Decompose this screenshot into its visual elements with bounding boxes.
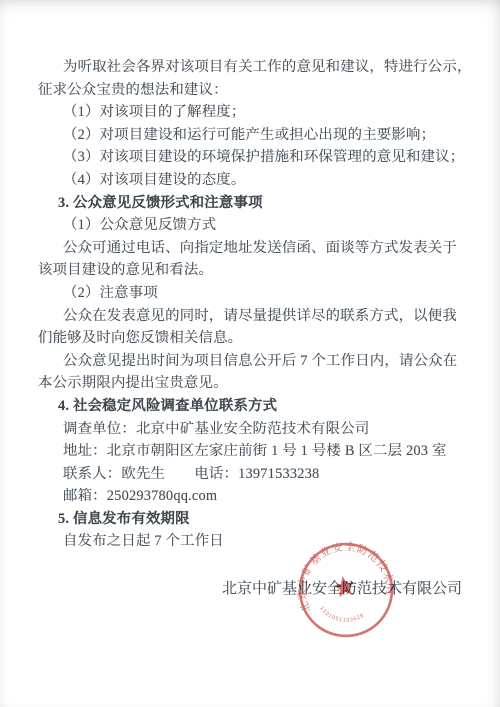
doc-line-email: 邮箱：250293780qq.com [38, 485, 470, 508]
section-heading-3: 3. 公众意见反馈形式和注意事项 [38, 192, 470, 215]
section-heading-5: 5. 信息发布有效期限 [38, 508, 470, 531]
scanned-document-page: 为听取社会各界对该项目有关工作的意见和建议，特进行公示， 征求公众宝贵的想法和建… [0, 0, 500, 707]
doc-line-item-4: （4）对该项目建设的态度。 [38, 169, 470, 192]
doc-line-notes-2: 们能够及时向您反馈相关信息。 [38, 327, 470, 350]
document-body: 为听取社会各界对该项目有关工作的意见和建议，特进行公示， 征求公众宝贵的想法和建… [38, 56, 470, 601]
doc-line-contact-phone: 联系人：欧先生 电话：13971533238 [38, 463, 470, 486]
doc-line-survey-unit: 调查单位：北京中矿基业安全防范技术有限公司 [38, 418, 470, 441]
doc-line-feedback-way: （1）公众意见反馈方式 [38, 214, 470, 237]
doc-line-feedback-1: 公众可通过电话、向指定地址发送信函、面谈等方式发表关于 [38, 237, 470, 260]
doc-line-item-3: （3）对该项目建设的环境保护措施和环保管理的意见和建议； [38, 146, 470, 169]
doc-line-validity: 自发布之日起 7 个工作日 [38, 530, 470, 553]
seal-code: 1101051103628 [318, 599, 366, 629]
doc-line-item-1: （1）对该项目的了解程度； [38, 101, 470, 124]
doc-line-deadline-1: 公众意见提出时间为项目信息公开后 7 个工作日内，请公众在 [38, 350, 470, 373]
doc-line-notes-1: 公众在发表意见的同时，请尽量提供详尽的联系方式，以便我 [38, 305, 470, 328]
section-heading-4: 4. 社会稳定风险调查单位联系方式 [38, 395, 470, 418]
doc-line-intro-2: 征求公众宝贵的想法和建议： [38, 79, 470, 102]
signature-company-name: 北京中矿基业安全防范技术有限公司 [38, 578, 470, 601]
doc-line-address: 地址：北京市朝阳区左家庄前街 1 号 1 号楼 B 区二层 203 室 [38, 440, 470, 463]
doc-line-deadline-2: 本公示期限内提出宝贵意见。 [38, 372, 470, 395]
svg-text:1101051103628: 1101051103628 [318, 599, 366, 629]
doc-line-feedback-2: 该项目建设的意见和看法。 [38, 259, 470, 282]
doc-line-intro-1: 为听取社会各界对该项目有关工作的意见和建议，特进行公示， [38, 56, 470, 79]
doc-line-notes-title: （2）注意事项 [38, 282, 470, 305]
doc-line-item-2: （2）对项目建设和运行可能产生或担心出现的主要影响； [38, 124, 470, 147]
